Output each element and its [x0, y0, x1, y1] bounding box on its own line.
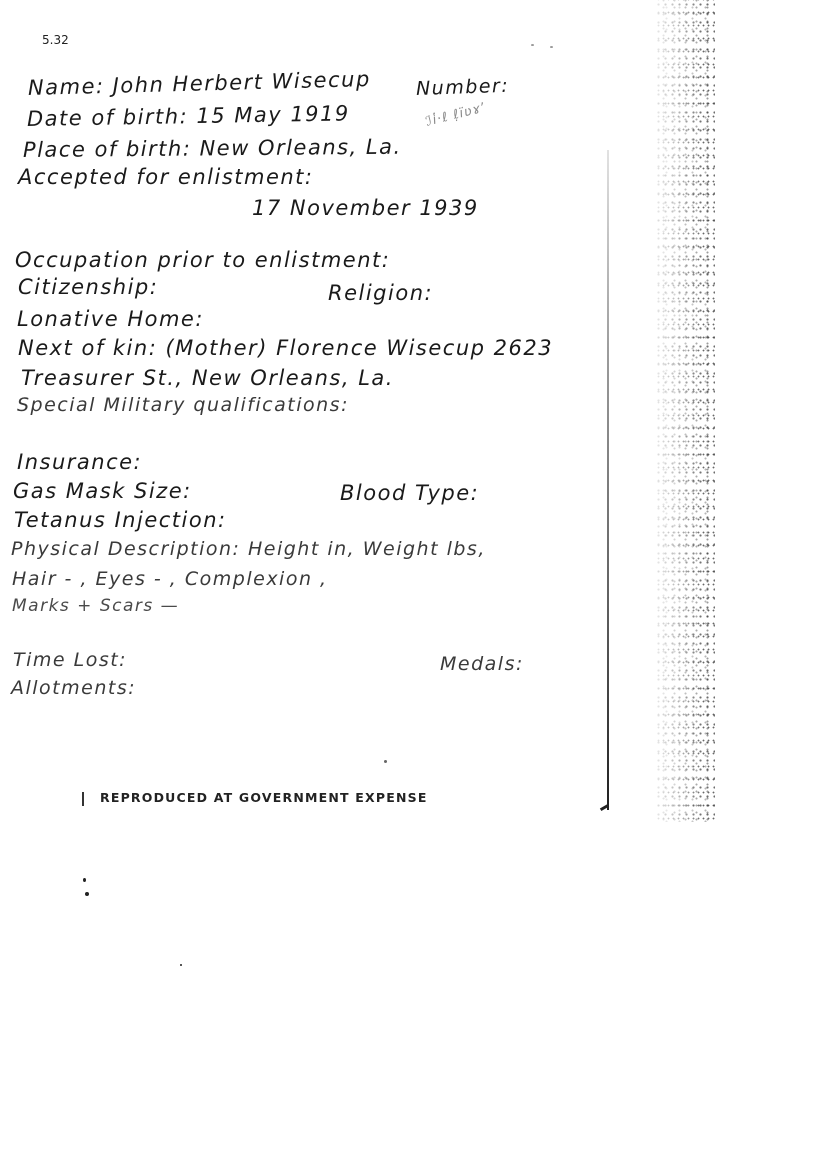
- scan-noise-strip: [655, 0, 715, 822]
- stamp-text: REPRODUCED AT GOVERNMENT EXPENSE: [100, 790, 428, 805]
- scan-speck: [384, 760, 387, 763]
- citizenship-label: Citizenship:: [18, 275, 158, 299]
- religion-label: Religion:: [328, 281, 433, 305]
- government-reproduction-stamp: REPRODUCED AT GOVERNMENT EXPENSE: [100, 790, 428, 805]
- next-of-kin-address: Treasurer St., New Orleans, La.: [21, 366, 394, 390]
- insurance-label: Insurance:: [17, 450, 142, 474]
- scan-speck: [531, 44, 534, 46]
- allotments-label: Allotments:: [11, 677, 136, 699]
- native-home-label: Lonative Home:: [17, 307, 204, 331]
- occupation-label: Occupation prior to enlistment:: [15, 248, 390, 272]
- scan-speck: [550, 46, 553, 48]
- time-lost-label: Time Lost:: [13, 649, 127, 671]
- document-page: 5.32 Name: John Herbert Wisecup Number: …: [0, 0, 826, 1169]
- margin-annotation: ℐı̔⋅ℓ ℓ̣ı̈ʋɤʼ: [424, 100, 488, 130]
- medals-label: Medals:: [440, 653, 524, 675]
- page-number: 5.32: [42, 33, 69, 47]
- hair-eyes-complexion-line: Hair - , Eyes - , Complexion ,: [12, 568, 328, 590]
- accepted-for-enlistment-label: Accepted for enlistment:: [18, 165, 314, 189]
- accepted-date: 17 November 1939: [252, 196, 479, 220]
- scan-speck: [180, 964, 182, 966]
- gas-mask-size-label: Gas Mask Size:: [13, 479, 192, 503]
- name-line: Name: John Herbert Wisecup: [28, 67, 371, 100]
- scan-edge-line: [607, 150, 609, 810]
- place-of-birth-line: Place of birth: New Orleans, La.: [23, 135, 402, 162]
- marks-and-scars-label: Marks + Scars —: [12, 596, 179, 616]
- blood-type-label: Blood Type:: [340, 481, 479, 505]
- scan-speck: [83, 878, 86, 882]
- scan-speck: [85, 892, 89, 896]
- number-label: Number:: [416, 75, 510, 100]
- physical-description-line: Physical Description: Height in, Weight …: [11, 538, 486, 560]
- date-of-birth-line: Date of birth: 15 May 1919: [27, 101, 350, 131]
- tetanus-injection-label: Tetanus Injection:: [14, 508, 227, 532]
- special-military-qualifications-label: Special Military qualifications:: [17, 394, 349, 416]
- stamp-bar: [82, 792, 84, 806]
- next-of-kin-line: Next of kin: (Mother) Florence Wisecup 2…: [18, 336, 553, 360]
